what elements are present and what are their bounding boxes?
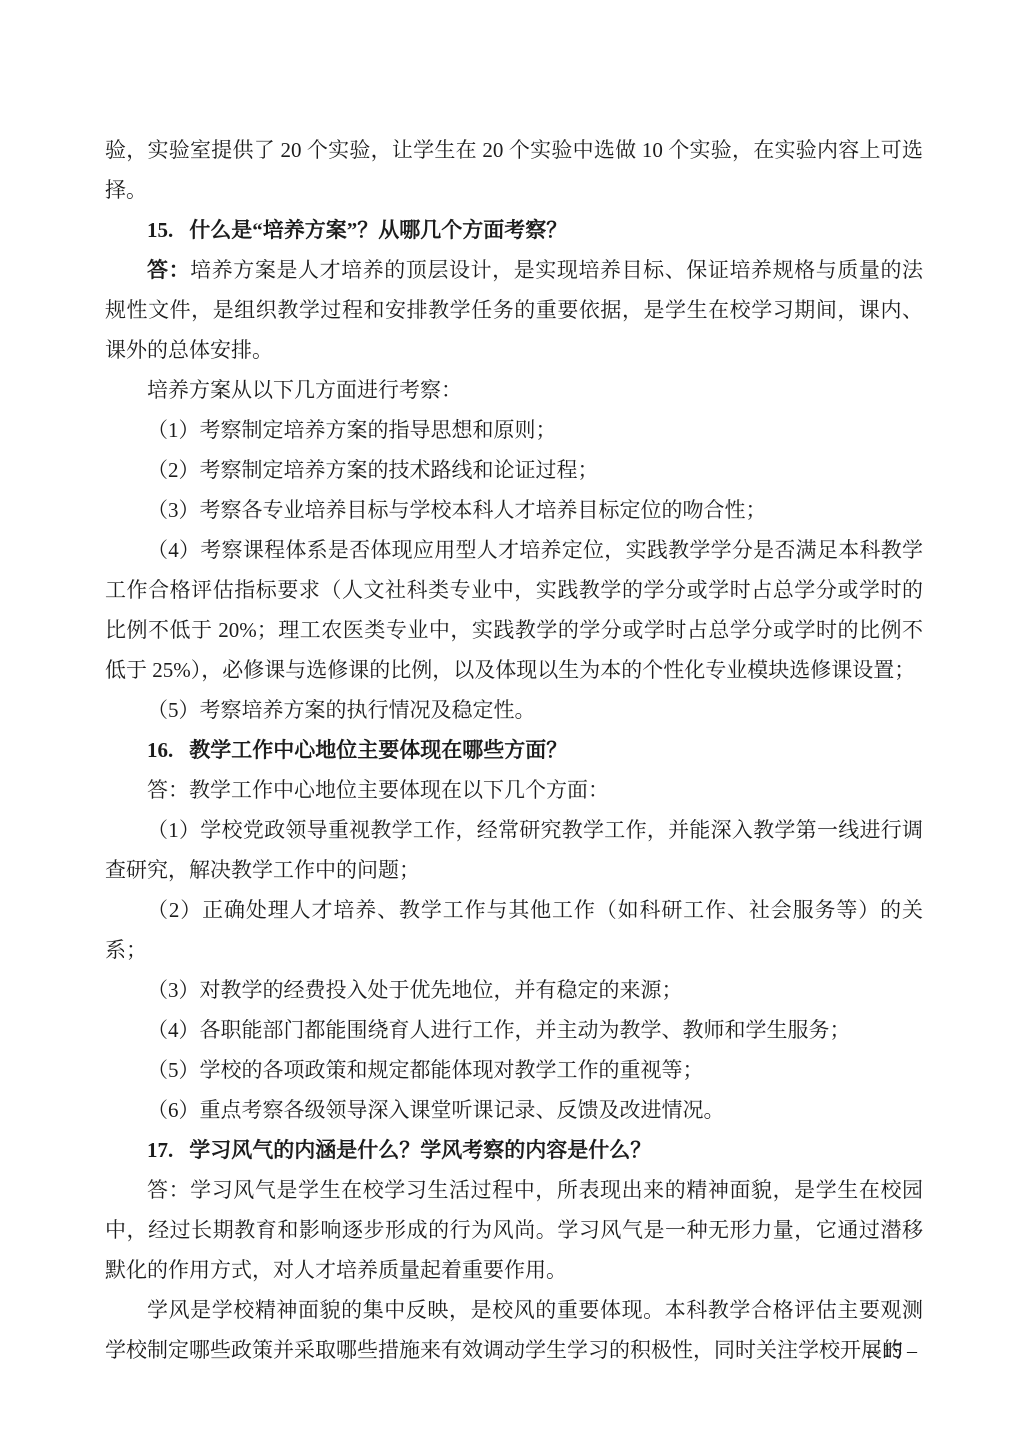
answer-15: 答：培养方案是人才培养的顶层设计，是实现培养目标、保证培养规格与质量的法规性文件… xyxy=(105,250,923,370)
answer-17: 答：学习风气是学生在校学习生活过程中，所表现出来的精神面貌，是学生在校园中，经过… xyxy=(105,1170,923,1290)
question-16-number: 16. xyxy=(147,738,173,762)
list-item-16-3: （3）对教学的经费投入处于优先地位，并有稳定的来源； xyxy=(105,970,923,1010)
page-content: 验，实验室提供了 20 个实验，让学生在 20 个实验中选做 10 个实验，在实… xyxy=(105,130,923,1370)
list-item-16-4: （4）各职能部门都能围绕育人进行工作，并主动为教学、教师和学生服务； xyxy=(105,1010,923,1050)
list-item-15-1: （1）考察制定培养方案的指导思想和原则； xyxy=(105,410,923,450)
answer-17-text: 学习风气是学生在校学习生活过程中，所表现出来的精神面貌，是学生在校园中，经过长期… xyxy=(105,1178,923,1282)
answer-16-text: 教学工作中心地位主要体现在以下几个方面： xyxy=(189,778,609,802)
question-16-title: 教学工作中心地位主要体现在哪些方面？ xyxy=(189,738,567,762)
list-item-15-5: （5）考察培养方案的执行情况及稳定性。 xyxy=(105,690,923,730)
answer-17-label: 答： xyxy=(147,1178,190,1202)
list-item-15-4: （4）考察课程体系是否体现应用型人才培养定位，实践教学学分是否满足本科教学工作合… xyxy=(105,530,923,690)
question-17-number: 17. xyxy=(147,1138,173,1162)
paragraph-examine-intro: 培养方案从以下几方面进行考察： xyxy=(105,370,923,410)
list-item-16-5: （5）学校的各项政策和规定都能体现对教学工作的重视等； xyxy=(105,1050,923,1090)
list-item-15-3: （3）考察各专业培养目标与学校本科人才培养目标定位的吻合性； xyxy=(105,490,923,530)
page-number: – 15 – xyxy=(867,1340,917,1362)
question-15-heading: 15.什么是“培养方案”？从哪几个方面考察？ xyxy=(105,210,923,250)
answer-16-label: 答： xyxy=(147,778,189,802)
answer-16: 答：教学工作中心地位主要体现在以下几个方面： xyxy=(105,770,923,810)
document-page: 验，实验室提供了 20 个实验，让学生在 20 个实验中选做 10 个实验，在实… xyxy=(0,0,1024,1447)
paragraph-continuation: 验，实验室提供了 20 个实验，让学生在 20 个实验中选做 10 个实验，在实… xyxy=(105,130,923,210)
list-item-16-6: （6）重点考察各级领导深入课堂听课记录、反馈及改进情况。 xyxy=(105,1090,923,1130)
answer-15-text: 培养方案是人才培养的顶层设计，是实现培养目标、保证培养规格与质量的法规性文件，是… xyxy=(105,258,923,362)
question-16-heading: 16.教学工作中心地位主要体现在哪些方面？ xyxy=(105,730,923,770)
answer-15-label: 答： xyxy=(147,258,190,282)
question-17-title: 学习风气的内涵是什么？学风考察的内容是什么？ xyxy=(189,1138,651,1162)
page-footer: – 15 – xyxy=(105,1336,917,1366)
question-15-number: 15. xyxy=(147,218,173,242)
list-item-16-1: （1）学校党政领导重视教学工作，经常研究教学工作，并能深入教学第一线进行调查研究… xyxy=(105,810,923,890)
question-17-heading: 17.学习风气的内涵是什么？学风考察的内容是什么？ xyxy=(105,1130,923,1170)
list-item-16-2: （2）正确处理人才培养、教学工作与其他工作（如科研工作、社会服务等）的关系； xyxy=(105,890,923,970)
question-15-title: 什么是“培养方案”？从哪几个方面考察？ xyxy=(189,218,567,242)
list-item-15-2: （2）考察制定培养方案的技术路线和论证过程； xyxy=(105,450,923,490)
